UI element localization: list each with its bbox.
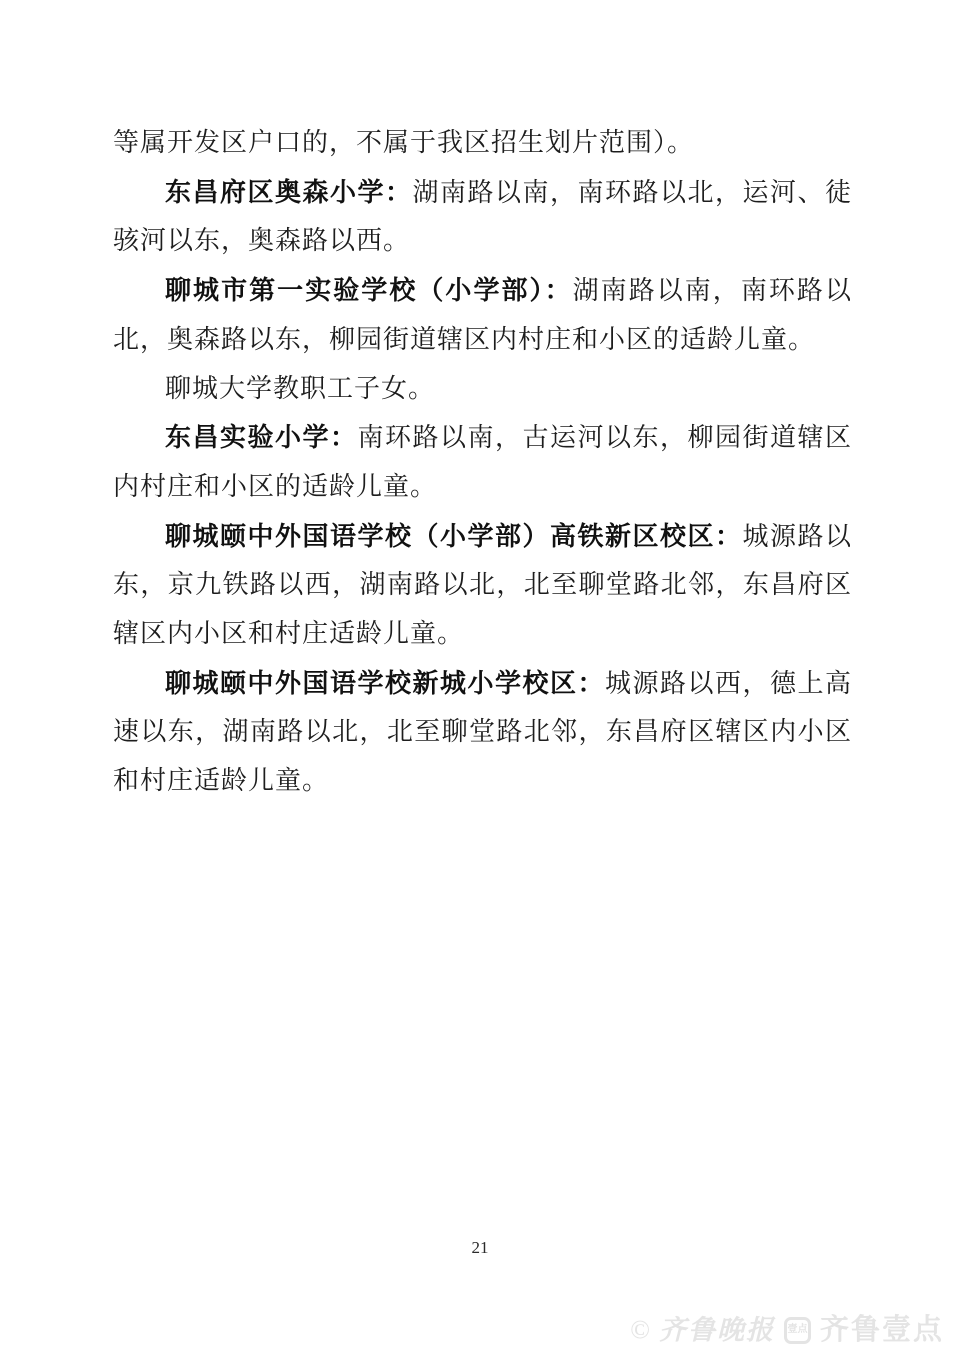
paragraph: 聊城大学教职工子女。 (113, 365, 852, 414)
document-page: 等属开发区户口的，不属于我区招生划片范围）。 东昌府区奥森小学：湖南路以南，南环… (0, 0, 960, 1357)
paragraph: 东昌实验小学：南环路以南，古运河以东，柳园街道辖区内村庄和小区的适龄儿童。 (113, 413, 852, 511)
page-footer: 21 (0, 1238, 960, 1258)
watermark: © 齐鲁晚报 壹点 齐鲁壹点 (630, 1308, 944, 1352)
watermark-newspaper-logo: 齐鲁晚报 (659, 1317, 775, 1344)
paragraph-text: 聊城大学教职工子女。 (165, 374, 435, 403)
paragraph-text: 等属开发区户口的，不属于我区招生划片范围）。 (113, 128, 694, 157)
copyright-icon: © (630, 1317, 650, 1343)
watermark-brand-text: 齐鲁壹点 (820, 1316, 944, 1345)
paragraph: 聊城颐中外国语学校新城小学校区：城源路以西，德上高速以东，湖南路以北，北至聊堂路… (113, 659, 852, 806)
school-name: 聊城颐中外国语学校新城小学校区： (165, 668, 605, 698)
paragraph: 聊城市第一实验学校（小学部）：湖南路以南，南环路以北，奥森路以东，柳园街道辖区内… (113, 266, 852, 364)
document-body: 等属开发区户口的，不属于我区招生划片范围）。 东昌府区奥森小学：湖南路以南，南环… (113, 119, 852, 806)
school-name: 东昌府区奥森小学： (165, 177, 413, 207)
school-name: 聊城市第一实验学校（小学部）： (165, 275, 573, 305)
page-number: 21 (472, 1238, 489, 1257)
school-name: 聊城颐中外国语学校（小学部）高铁新区校区： (165, 521, 742, 551)
yidian-app-icon: 壹点 (784, 1317, 811, 1344)
paragraph: 东昌府区奥森小学：湖南路以南，南环路以北，运河、徒骇河以东，奥森路以西。 (113, 168, 852, 266)
paragraph: 等属开发区户口的，不属于我区招生划片范围）。 (113, 119, 852, 168)
school-name: 东昌实验小学： (165, 422, 358, 452)
paragraph: 聊城颐中外国语学校（小学部）高铁新区校区：城源路以东，京九铁路以西，湖南路以北，… (113, 512, 852, 659)
